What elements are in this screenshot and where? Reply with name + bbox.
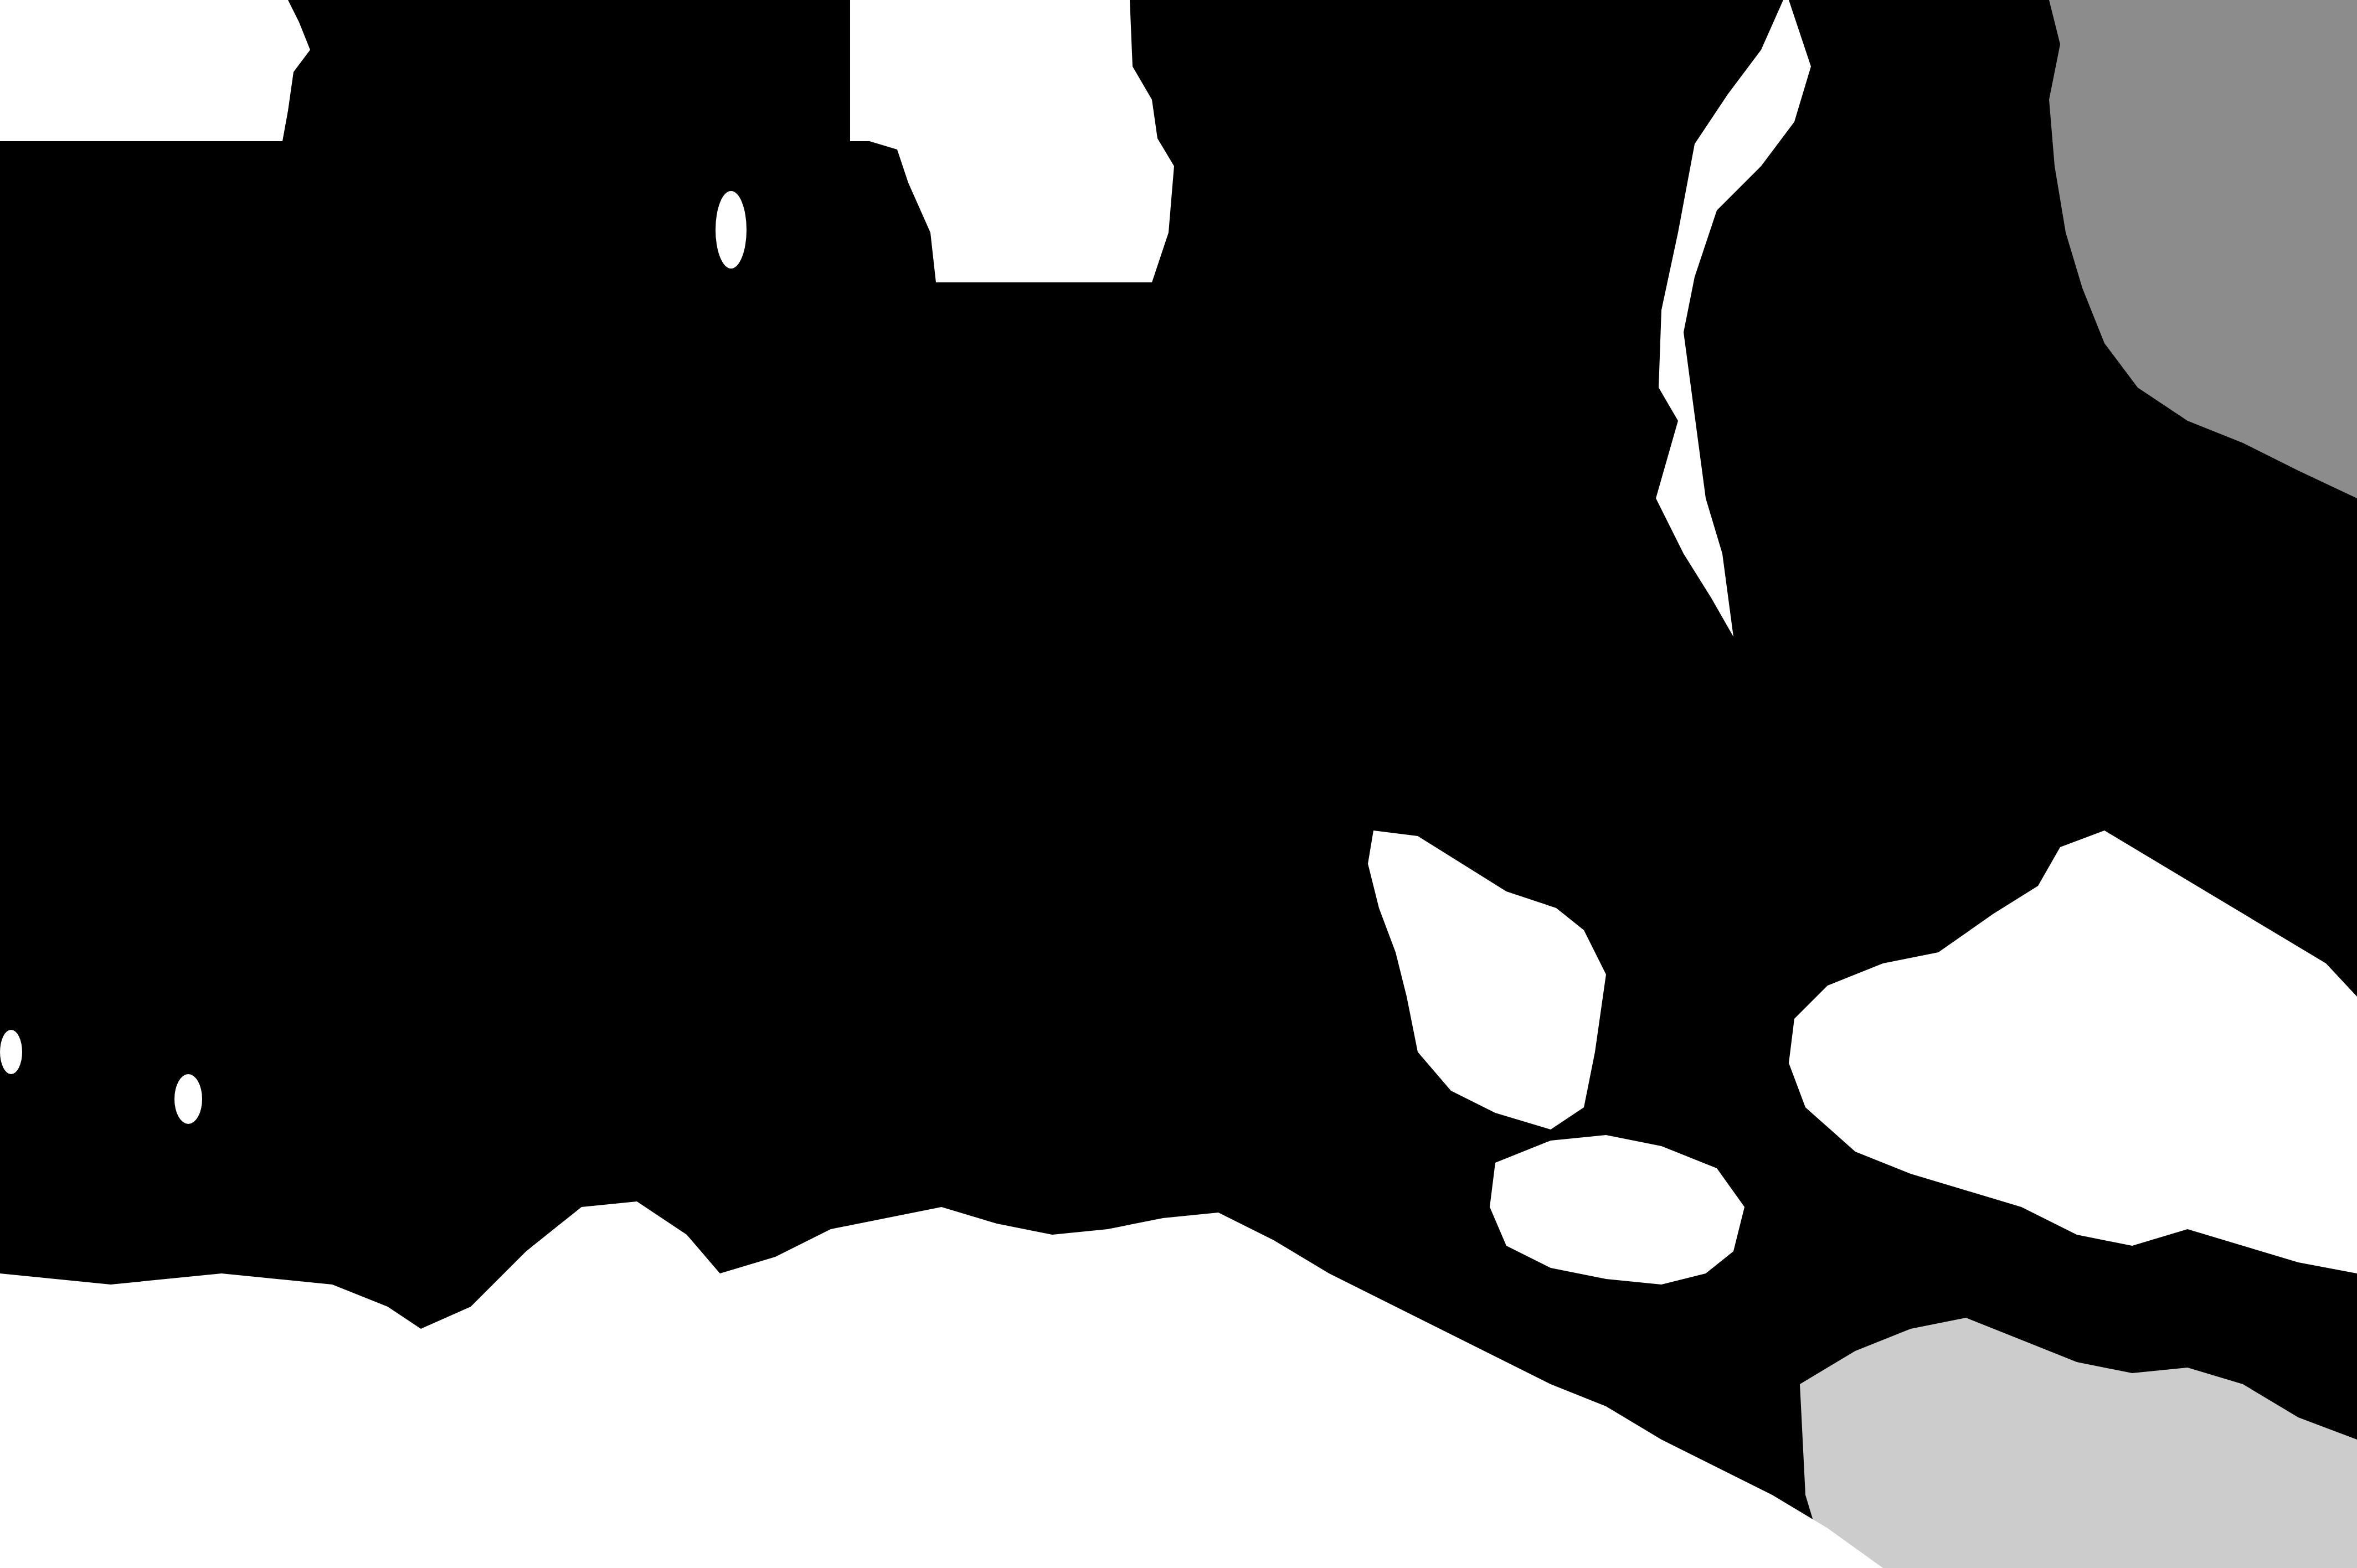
left-edge-small-clouds bbox=[0, 1030, 22, 1074]
cloud-mask-image bbox=[0, 0, 2357, 1568]
small-isolated-cloud-top-center bbox=[716, 191, 747, 269]
top-left-cloud-block bbox=[0, 0, 310, 141]
left-edge-small-clouds bbox=[174, 1074, 202, 1124]
